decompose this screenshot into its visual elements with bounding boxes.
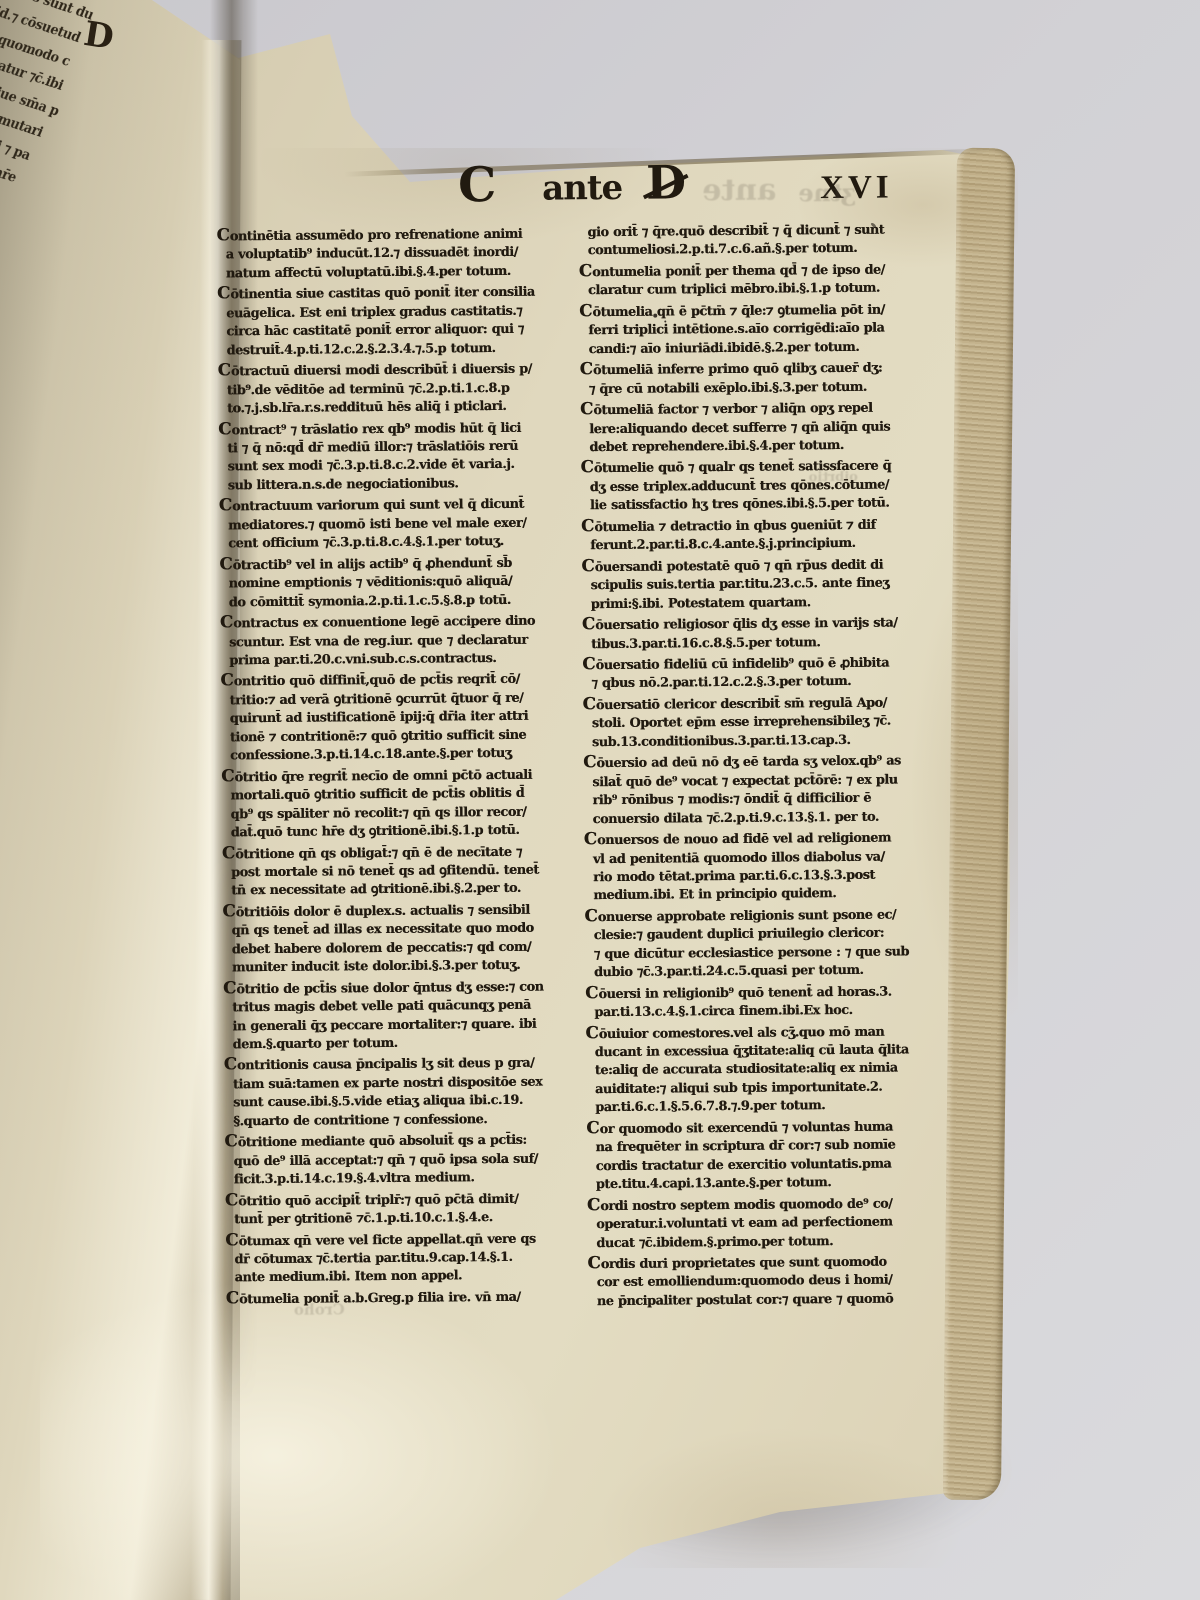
text-line: Cōtinentia siue castitas quō ponit̄ iter… xyxy=(217,281,573,306)
text-line: ne p̄ncipaliter postulat cor:⁊ quare ⁊ q… xyxy=(588,1290,962,1312)
header-word-ante: ante xyxy=(542,168,622,209)
left-page-header-letter: D xyxy=(81,14,116,58)
text-line: Cōtritio quō accipit̄ triplr̄:⁊ quō pc̄t… xyxy=(225,1187,581,1212)
text-line: Contritio quō diffinit̄,quō de pct̄is re… xyxy=(220,668,576,693)
text-line: Cōtritione mediante quō absoluit̄ qs a p… xyxy=(224,1129,580,1154)
text-line: circa hāc castitatē ponit̄ error aliquor… xyxy=(217,321,573,343)
bleed-ghost-word: ʒtne xyxy=(798,178,856,208)
text-line: quō de⁹ illā acceptat:⁊ qn̄ ⁊ quō ipsa s… xyxy=(225,1150,581,1172)
header-letter-c: C xyxy=(458,157,497,213)
text-line: Contract⁹ ⁊ trāslatio rex qb⁹ modis hūt … xyxy=(218,416,574,441)
text-line: Contractuum variorum qui sunt vel q̄ dic… xyxy=(219,493,575,518)
book-photo: li.16.c.vnico.ante.§.pConsuetudo ⁊ mos s… xyxy=(0,0,1200,1600)
text-line: debet habere dolorem de peccatis:⁊ qd co… xyxy=(223,938,579,960)
text-line: post mortale si nō tenet̄ qs ad ꝯfitendū… xyxy=(222,861,578,883)
text-line: ducant in excessiua q̄ʒtitate:aliq cū la… xyxy=(586,1041,960,1063)
text-line: Cōtritione qn̄ qs obligat̄:⁊ qn̄ ē de ne… xyxy=(222,840,578,865)
slashed-d-glyph: D xyxy=(646,155,686,209)
text-line: tionē ⁊ contritionē:⁊ quō ꝯtritio suffic… xyxy=(221,726,577,748)
text-line: Cōtumax qn̄ vere vel ficte appellat.qn̄ … xyxy=(225,1227,581,1252)
text-line: Contractus ex conuentione legē accipere … xyxy=(220,609,576,634)
text-line: Cōtritio q̄re regrit̄ necīo de omni pc̄t… xyxy=(221,763,577,788)
text-line: qb⁹ qs spāliter nō recolit:⁊ qn̄ qs illo… xyxy=(222,803,578,825)
text-line: mediatores.⁊ quomō isti bene vel male ex… xyxy=(219,514,575,536)
right-page: C ante D XVI ante ʒtne Croho oibrtio Con… xyxy=(206,147,1018,1574)
text-line: Cōtritio de pct̄is siue dolor q̄ntus dʒ … xyxy=(223,975,579,1000)
text-line: Cōtractib⁹ vel in alijs actib⁹ q̄ ꝓhendu… xyxy=(219,551,575,576)
text-line: tiam suā:tamen ex parte nostri dispositō… xyxy=(224,1073,580,1095)
text-line: Cōtritiōis dolor ē duplex.s. actualis ⁊ … xyxy=(222,898,578,923)
text-line: Cōtractuū diuersi modi describūt̄ i diue… xyxy=(218,357,574,382)
text-line: ⁊ que dicūtur ecclesiastice persone : ⁊ … xyxy=(585,943,959,965)
text-line: scuntur. Est vna de reg.iur. que ⁊ decla… xyxy=(220,631,576,653)
header-letter-d: D xyxy=(646,155,686,209)
text-line: Cōtumelia ponit̄ a.b.Greg.p filia ire. v… xyxy=(226,1285,582,1310)
text-column-left: Continētia assumēdo pro refrenatione ani… xyxy=(216,222,581,1309)
text-line: in generali q̄ʒ peccare mortaliter:⁊ qua… xyxy=(223,1015,579,1037)
text-line: Contritionis causa p̄ncipalis lʒ sit deu… xyxy=(224,1052,580,1077)
text-column-right: gio orit̄ ⁊ q̄re.quō describit̄ ⁊ q̄ dic… xyxy=(578,221,961,1312)
bleed-ghost-word: ante xyxy=(702,173,777,209)
text-line: Continētia assumēdo pro refrenatione ani… xyxy=(216,222,572,247)
